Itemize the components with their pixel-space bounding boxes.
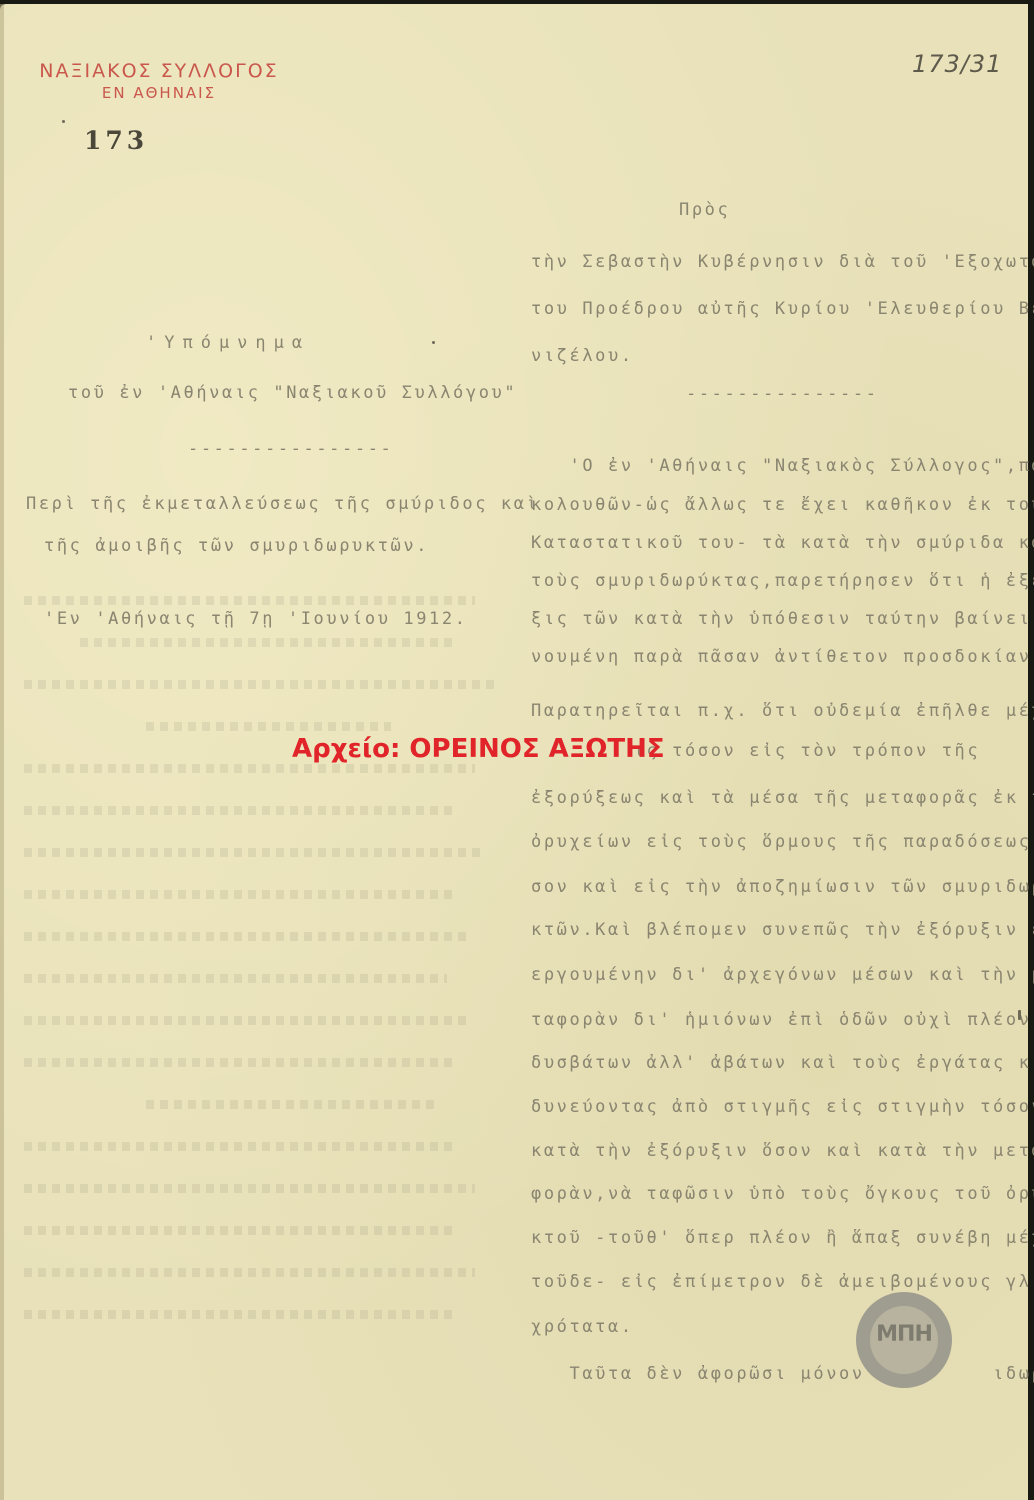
bleed-line [24, 1184, 475, 1193]
divider: --------------- [686, 384, 879, 404]
bleed-line [24, 1016, 466, 1025]
document-number: 173 [84, 126, 148, 155]
memorandum-subtitle: τοῦ ἐν 'Αθήναις "Ναξιακοῦ Συλλόγου" [68, 383, 517, 403]
bleed-through-text [24, 596, 494, 1352]
bleed-line [24, 890, 456, 899]
bleed-line [24, 1058, 456, 1067]
archive-watermark: Αρχείο: ΟΡΕΙΝΟΣ ΑΞΩΤΗΣ [292, 734, 665, 764]
bleed-line [24, 932, 466, 941]
bleed-line [24, 806, 456, 815]
body-line: 'Ο ἐν 'Αθήναις "Ναξιακὸς Σύλλογος",παρα [531, 456, 1034, 476]
archive-reference: 173/31 [912, 50, 1002, 78]
bleed-line [24, 1142, 456, 1151]
bleed-line [24, 1310, 456, 1319]
bleed-line [24, 680, 494, 689]
bleed-line [24, 1268, 475, 1277]
memorandum-title: 'Υπόμνημα [146, 333, 310, 353]
body-line: Ταῦτα δὲν ἀφορῶσι μόνον ιδωρύ- [531, 1364, 1034, 1384]
page-edge [0, 4, 4, 1500]
body-line: δυνεύοντας ἀπὸ στιγμῆς εἰς στιγμὴν τόσον [531, 1097, 1034, 1117]
body-line: ξις τῶν κατὰ τὴν ὑπόθεσιν ταύτην βαίνει … [531, 609, 1034, 629]
bleed-line [24, 1226, 456, 1235]
body-line: τοὺς σμυριδωρύκτας,παρετήρησεν ὅτι ἡ ἐξέ… [531, 571, 1034, 591]
addressee-heading: Πρὸς [679, 200, 730, 220]
subject-line: Περὶ τῆς ἐκμεταλλεύσεως τῆς σμύριδος καὶ [26, 494, 539, 514]
body-line: κτῶν.Καὶ βλέπομεν συνεπῶς τὴν ἐξόρυξιν ἐ… [531, 920, 1034, 940]
subject-line: τῆς ἀμοιβῆς τῶν σμυριδωρυκτῶν. [44, 536, 429, 556]
organization-name: ΝΑΞΙΑΚΟΣ ΣΥΛΛΟΓΟΣ [24, 60, 294, 82]
bleed-line [24, 848, 485, 857]
bleed-line [146, 722, 390, 731]
body-line: ὀρυχείων εἰς τοὺς ὅρμους τῆς παραδόσεως,… [531, 832, 1034, 852]
body-line: τοῦδε- εἰς ἐπίμετρον δὲ ἀμειβομένους γλι… [531, 1272, 1034, 1292]
body-line: ταφορὰν δι' ἡμιόνων ἐπὶ ὁδῶν οὐχὶ πλέον [531, 1010, 1032, 1030]
body-line: νουμένη παρὰ πᾶσαν ἀντίθετον προσδοκίαν. [531, 647, 1034, 667]
archive-seal-stamp: ΜΠΗ [856, 1292, 952, 1388]
body-line: σον καὶ εἰς τὴν ἀποζημίωσιν τῶν σμυριδωρ… [531, 877, 1034, 897]
organization-location: ΕΝ ΑΘΗΝΑΙΣ [24, 82, 294, 104]
bleed-line [146, 1100, 437, 1109]
paper-speck [62, 120, 65, 123]
body-line: Παρατηρεῖται π.χ. ὅτι οὐδεμία ἐπῆλθε μέχ… [531, 701, 1034, 721]
body-line: εργουμένην δι' ἀρχεγόνων μέσων καὶ τὴν μ… [531, 965, 1034, 985]
bleed-line [24, 764, 475, 773]
body-line: του Προέδρου αὐτῆς Κυρίου 'Ελευθερίου Βε… [531, 299, 1034, 319]
body-line: κολουθῶν-ὡς ἄλλως τε ἔχει καθῆκον ἐκ τοῦ [531, 495, 1034, 515]
body-line: φορὰν,νὰ ταφῶσιν ὑπὸ τοὺς ὄγκους τοῦ ὀρυ… [531, 1184, 1034, 1204]
seal-monogram: ΜΠΗ [856, 1322, 952, 1347]
paper-speck [1018, 1010, 1021, 1020]
divider: ---------------- [188, 439, 393, 459]
body-line: κατὰ τὴν ἐξόρυξιν ὅσον καὶ κατὰ τὴν μετα… [531, 1141, 1034, 1161]
body-line: νιζέλου. [531, 346, 634, 366]
bleed-line [80, 638, 456, 647]
body-line: τὴν Σεβαστὴν Κυβέρνησιν διὰ τοῦ 'Εξοχωτά… [531, 252, 1034, 272]
bleed-line [24, 596, 475, 605]
body-line: δυσβάτων ἀλλ' ἀβάτων καὶ τοὺς ἐργάτας κι… [531, 1053, 1034, 1073]
body-line: Καταστατικοῦ του- τὰ κατὰ τὴν σμύριδα κα… [531, 533, 1034, 553]
paper-speck [432, 341, 435, 344]
body-line: χρότατα. [531, 1317, 634, 1337]
letterhead: ΝΑΞΙΑΚΟΣ ΣΥΛΛΟΓΟΣ ΕΝ ΑΘΗΝΑΙΣ [24, 60, 294, 104]
body-line: κτοῦ -τοῦθ' ὅπερ πλέον ἢ ἅπαξ συνέβη μέχ… [531, 1228, 1034, 1248]
bleed-line [24, 974, 447, 983]
body-line: ἐξορύξεως καὶ τὰ μέσα τῆς μεταφορᾶς ἐκ τ… [531, 788, 1034, 808]
